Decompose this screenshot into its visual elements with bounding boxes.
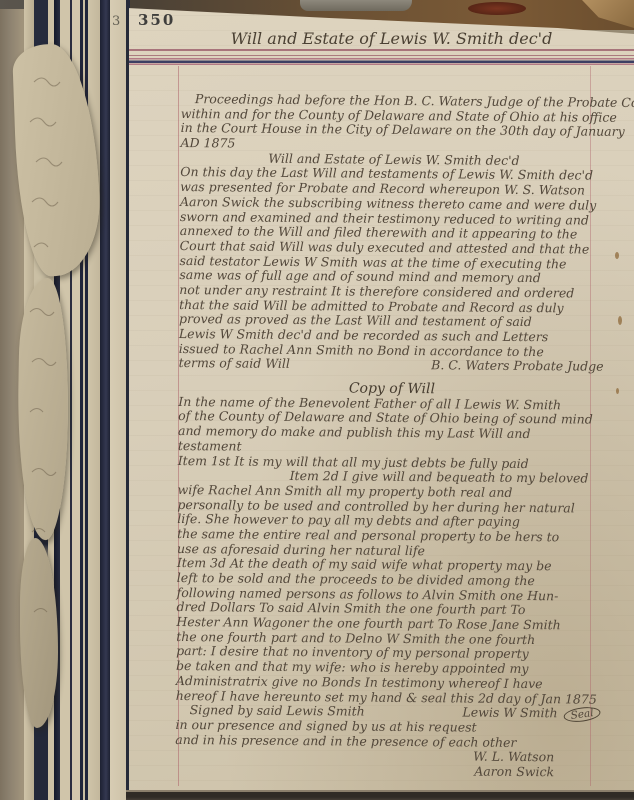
foxing-spot bbox=[615, 252, 619, 259]
foxing-spot bbox=[616, 388, 619, 394]
page-number: 350 bbox=[138, 11, 175, 29]
header-rule-thin bbox=[129, 49, 634, 56]
handwritten-line: terms of said WillB. C. Waters Probate J… bbox=[179, 356, 606, 374]
desk-object-red bbox=[468, 2, 526, 15]
page-edge-strip bbox=[100, 0, 110, 800]
desk-object-gray bbox=[300, 0, 412, 11]
foxing-spot bbox=[618, 316, 622, 325]
ledger-photo: 3 350 Will and Estate of Lewis W. Smith … bbox=[0, 0, 634, 800]
handwritten-line: Aaron Swick bbox=[175, 762, 602, 780]
header-rule-band bbox=[129, 58, 634, 65]
seal-mark: Seal bbox=[563, 705, 602, 724]
edge-scribbles-decoration bbox=[20, 52, 90, 692]
book-bottom-edge bbox=[126, 790, 634, 800]
ledger-page: 350 Will and Estate of Lewis W. Smith de… bbox=[126, 0, 634, 800]
handwriting-lines: Proceedings had before the Hon B. C. Wat… bbox=[175, 92, 608, 780]
behind-page-partial-number: 3 bbox=[112, 14, 120, 29]
page-edge-strip bbox=[110, 0, 126, 800]
page-title: Will and Estate of Lewis W. Smith dec'd bbox=[189, 29, 594, 48]
